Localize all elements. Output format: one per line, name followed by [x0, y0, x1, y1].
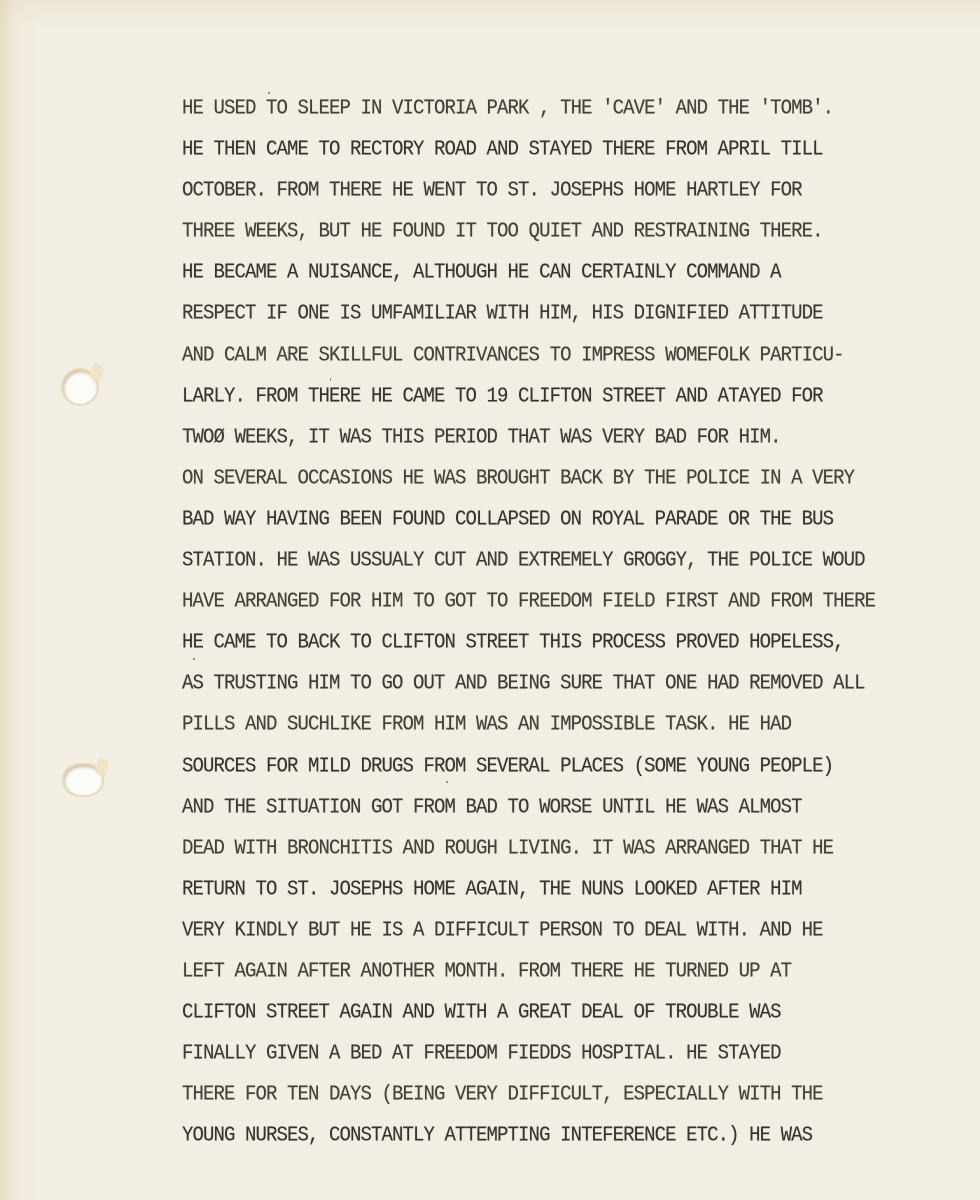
text-line: AS TRUSTING HIM TO GO OUT AND BEING SURE…: [182, 661, 980, 707]
text-line: THERE FOR TEN DAYS (BEING VERY DIFFICULT…: [182, 1072, 980, 1118]
text-line: LARLY. FROM THERE HE CAME TO 19 CLIFTON …: [182, 373, 980, 419]
text-line: HE USED TO SLEEP IN VICTORIA PARK , THE …: [182, 86, 980, 132]
text-line: ON SEVERAL OCCASIONS HE WAS BROUGHT BACK…: [182, 455, 980, 501]
text-line: HE BECAME A NUISANCE, ALTHOUGH HE CAN CE…: [182, 250, 980, 296]
text-line: STATION. HE WAS USSUALY CUT AND EXTREMEL…: [182, 538, 980, 584]
text-line: SOURCES FOR MILD DRUGS FROM SEVERAL PLAC…: [182, 743, 980, 789]
text-line: OCTOBER. FROM THERE HE WENT TO ST. JOSEP…: [182, 168, 980, 214]
typed-body-text: HE USED TO SLEEP IN VICTORIA PARK , THE …: [182, 88, 980, 1156]
punch-hole-icon: [63, 370, 97, 404]
text-line: AND CALM ARE SKILLFUL CONTRIVANCES TO IM…: [182, 332, 980, 378]
text-line: AND THE SITUATION GOT FROM BAD TO WORSE …: [182, 784, 980, 830]
text-line: THREE WEEKS, BUT HE FOUND IT TOO QUIET A…: [182, 209, 980, 255]
text-line: RESPECT IF ONE IS UMFAMILIAR WITH HIM, H…: [182, 291, 980, 337]
text-line: YOUNG NURSES, CONSTANTLY ATTEMPTING INTE…: [182, 1113, 980, 1159]
text-line: CLIFTON STREET AGAIN AND WITH A GREAT DE…: [182, 990, 980, 1036]
text-line: PILLS AND SUCHLIKE FROM HIM WAS AN IMPOS…: [182, 702, 980, 748]
text-line: FINALLY GIVEN A BED AT FREEDOM FIEDDS HO…: [182, 1031, 980, 1077]
punch-hole-icon: [64, 765, 102, 795]
text-line: HE THEN CAME TO RECTORY ROAD AND STAYED …: [182, 127, 980, 173]
text-line: RETURN TO ST. JOSEPHS HOME AGAIN, THE NU…: [182, 866, 980, 912]
text-line: BAD WAY HAVING BEEN FOUND COLLAPSED ON R…: [182, 496, 980, 542]
text-line: HAVE ARRANGED FOR HIM TO GOT TO FREEDOM …: [182, 579, 980, 625]
text-line: DEAD WITH BRONCHITIS AND ROUGH LIVING. I…: [182, 825, 980, 871]
text-line: VERY KINDLY BUT HE IS A DIFFICULT PERSON…: [182, 907, 980, 953]
typewritten-page: HE USED TO SLEEP IN VICTORIA PARK , THE …: [0, 0, 980, 1200]
text-line: HE CAME TO BACK TO CLIFTON STREET THIS P…: [182, 620, 980, 666]
text-line: LEFT AGAIN AFTER ANOTHER MONTH. FROM THE…: [182, 949, 980, 995]
text-line: TWOØ WEEKS, IT WAS THIS PERIOD THAT WAS …: [182, 414, 980, 460]
